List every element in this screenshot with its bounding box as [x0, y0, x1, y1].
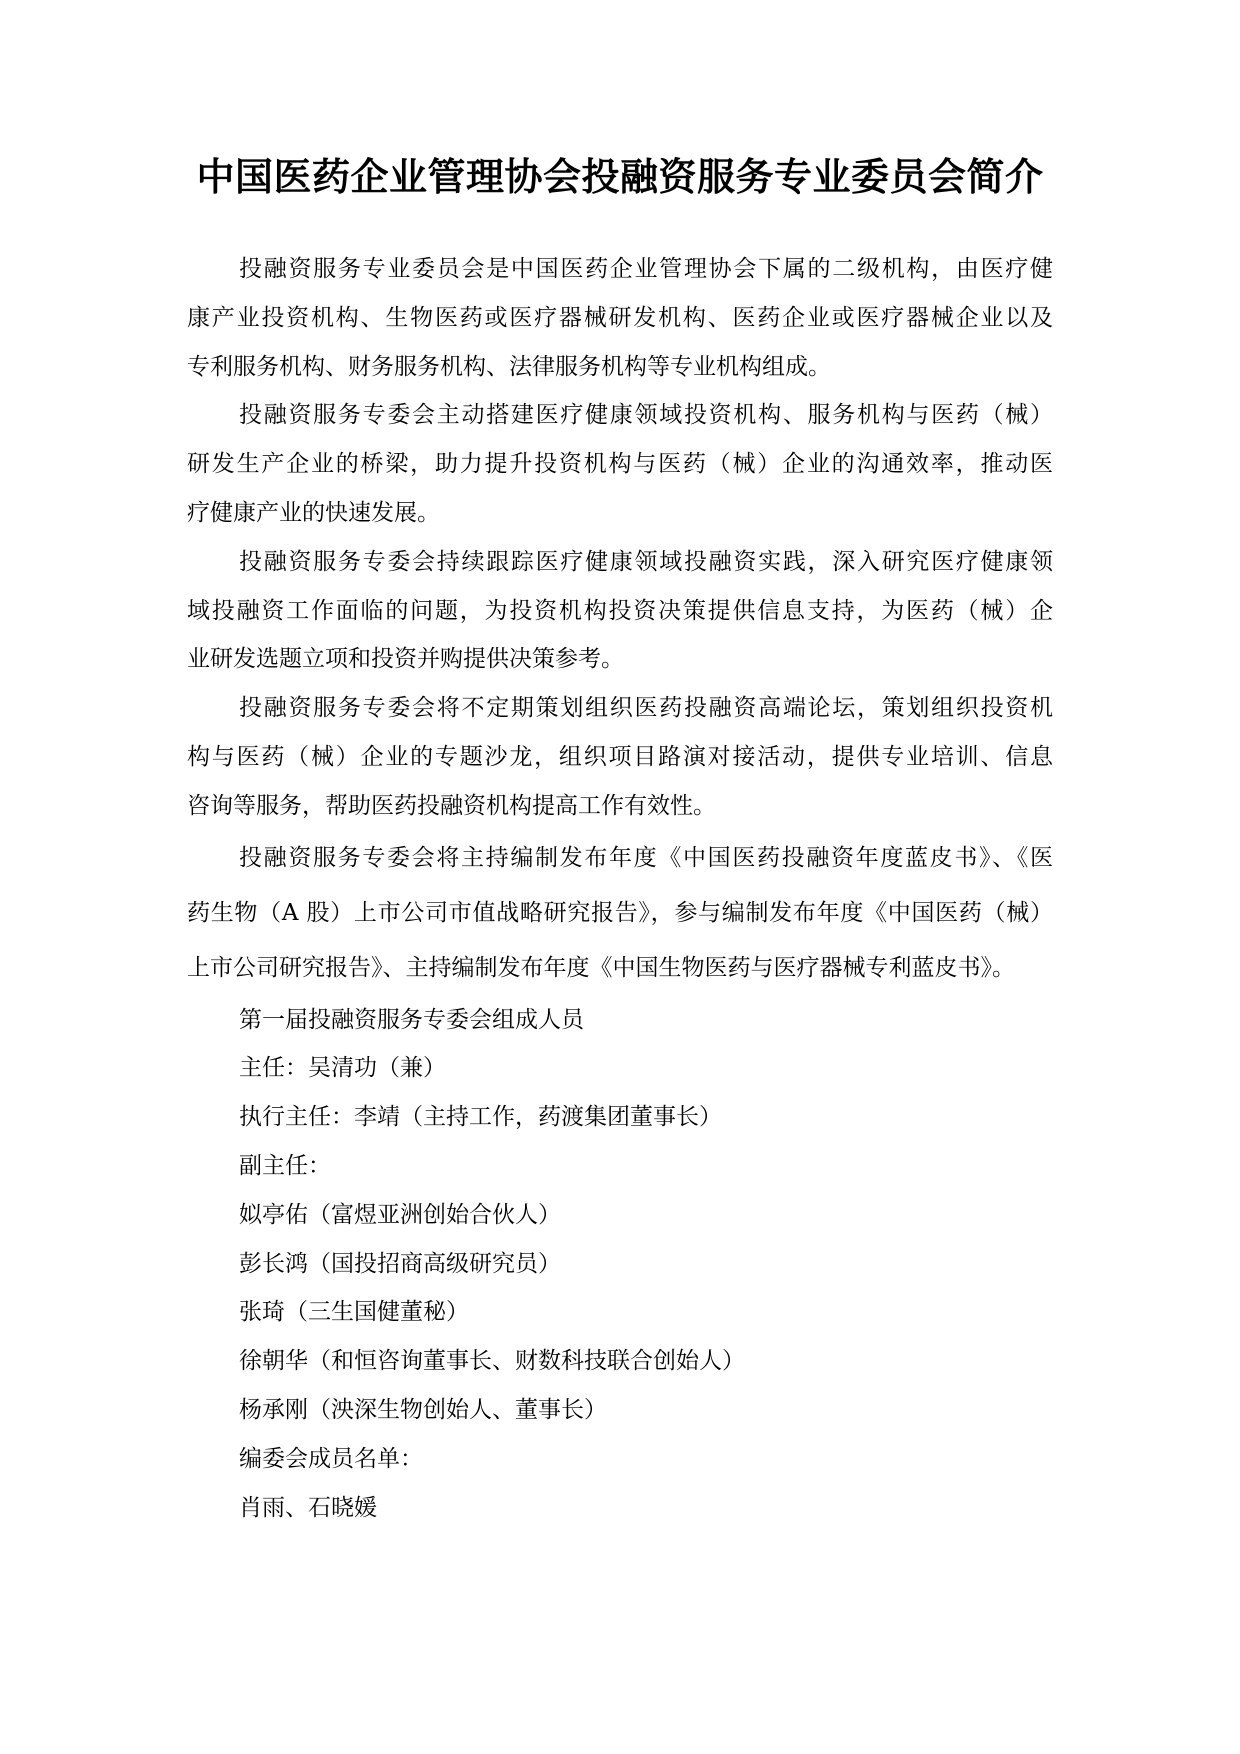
roster-editorial-label: 编委会成员名单：: [187, 1435, 1053, 1484]
paragraph-2-line-3: 疗健康产业的快速发展。: [187, 489, 1053, 538]
paragraph-5-line-2: 药生物（A 股）上市公司市值战略研究报告》，参与编制发布年度《中国医药（械）: [187, 886, 1053, 941]
roster-editorial-members: 肖雨、石晓媛: [187, 1484, 1053, 1533]
paragraph-5-line-1: 投融资服务专委会将主持编制发布年度《中国医药投融资年度蓝皮书》、《医: [187, 831, 1053, 886]
roster-member: 姒亭佑（富煜亚洲创始合伙人）: [187, 1191, 1053, 1240]
committee-roster: 第一届投融资服务专委会组成人员 主任：吴清功（兼） 执行主任：李靖（主持工作，药…: [187, 996, 1053, 1533]
paragraph-5-line-3: 上市公司研究报告》、主持编制发布年度《中国生物医药与医疗器械专利蓝皮书》。: [187, 941, 1053, 996]
paragraph-3-line-2: 域投融资工作面临的问题，为投资机构投资决策提供信息支持，为医药（械）企: [187, 587, 1053, 636]
paragraph-3: 投融资服务专委会持续跟踪医疗健康领域投融资实践，深入研究医疗健康领 域投融资工作…: [187, 538, 1053, 684]
roster-director: 主任：吴清功（兼）: [187, 1044, 1053, 1093]
paragraph-1: 投融资服务专业委员会是中国医药企业管理协会下属的二级机构，由医疗健 康产业投资机…: [187, 245, 1053, 391]
paragraph-4-line-1: 投融资服务专委会将不定期策划组织医药投融资高端论坛，策划组织投资机: [187, 684, 1053, 733]
roster-heading: 第一届投融资服务专委会组成人员: [187, 996, 1053, 1045]
paragraph-2: 投融资服务专委会主动搭建医疗健康领域投资机构、服务机构与医药（械） 研发生产企业…: [187, 391, 1053, 537]
paragraph-2-line-2: 研发生产企业的桥梁，助力提升投资机构与医药（械）企业的沟通效率，推动医: [187, 440, 1053, 489]
document-title: 中国医药企业管理协会投融资服务专业委员会简介: [0, 153, 1240, 201]
roster-member: 张琦（三生国健董秘）: [187, 1288, 1053, 1337]
document-body: 投融资服务专业委员会是中国医药企业管理协会下属的二级机构，由医疗健 康产业投资机…: [187, 245, 1053, 1532]
paragraph-5: 投融资服务专委会将主持编制发布年度《中国医药投融资年度蓝皮书》、《医 药生物（A…: [187, 831, 1053, 996]
roster-member: 徐朝华（和恒咨询董事长、财数科技联合创始人）: [187, 1337, 1053, 1386]
roster-member: 彭长鸿（国投招商高级研究员）: [187, 1240, 1053, 1289]
paragraph-1-line-2: 康产业投资机构、生物医药或医疗器械研发机构、医药企业或医疗器械企业以及: [187, 294, 1053, 343]
document-page: 中国医药企业管理协会投融资服务专业委员会简介 投融资服务专业委员会是中国医药企业…: [0, 0, 1240, 1754]
paragraph-4-line-3: 咨询等服务，帮助医药投融资机构提高工作有效性。: [187, 782, 1053, 831]
paragraph-4: 投融资服务专委会将不定期策划组织医药投融资高端论坛，策划组织投资机 构与医药（械…: [187, 684, 1053, 830]
roster-deputy-label: 副主任：: [187, 1142, 1053, 1191]
roster-executive-director: 执行主任：李靖（主持工作，药渡集团董事长）: [187, 1093, 1053, 1142]
paragraph-3-line-3: 业研发选题立项和投资并购提供决策参考。: [187, 635, 1053, 684]
paragraph-3-line-1: 投融资服务专委会持续跟踪医疗健康领域投融资实践，深入研究医疗健康领: [187, 538, 1053, 587]
paragraph-2-line-1: 投融资服务专委会主动搭建医疗健康领域投资机构、服务机构与医药（械）: [187, 391, 1053, 440]
paragraph-1-line-3: 专利服务机构、财务服务机构、法律服务机构等专业机构组成。: [187, 343, 1053, 392]
roster-member: 杨承刚（泱深生物创始人、董事长）: [187, 1386, 1053, 1435]
paragraph-1-line-1: 投融资服务专业委员会是中国医药企业管理协会下属的二级机构，由医疗健: [187, 245, 1053, 294]
paragraph-4-line-2: 构与医药（械）企业的专题沙龙，组织项目路演对接活动，提供专业培训、信息: [187, 733, 1053, 782]
